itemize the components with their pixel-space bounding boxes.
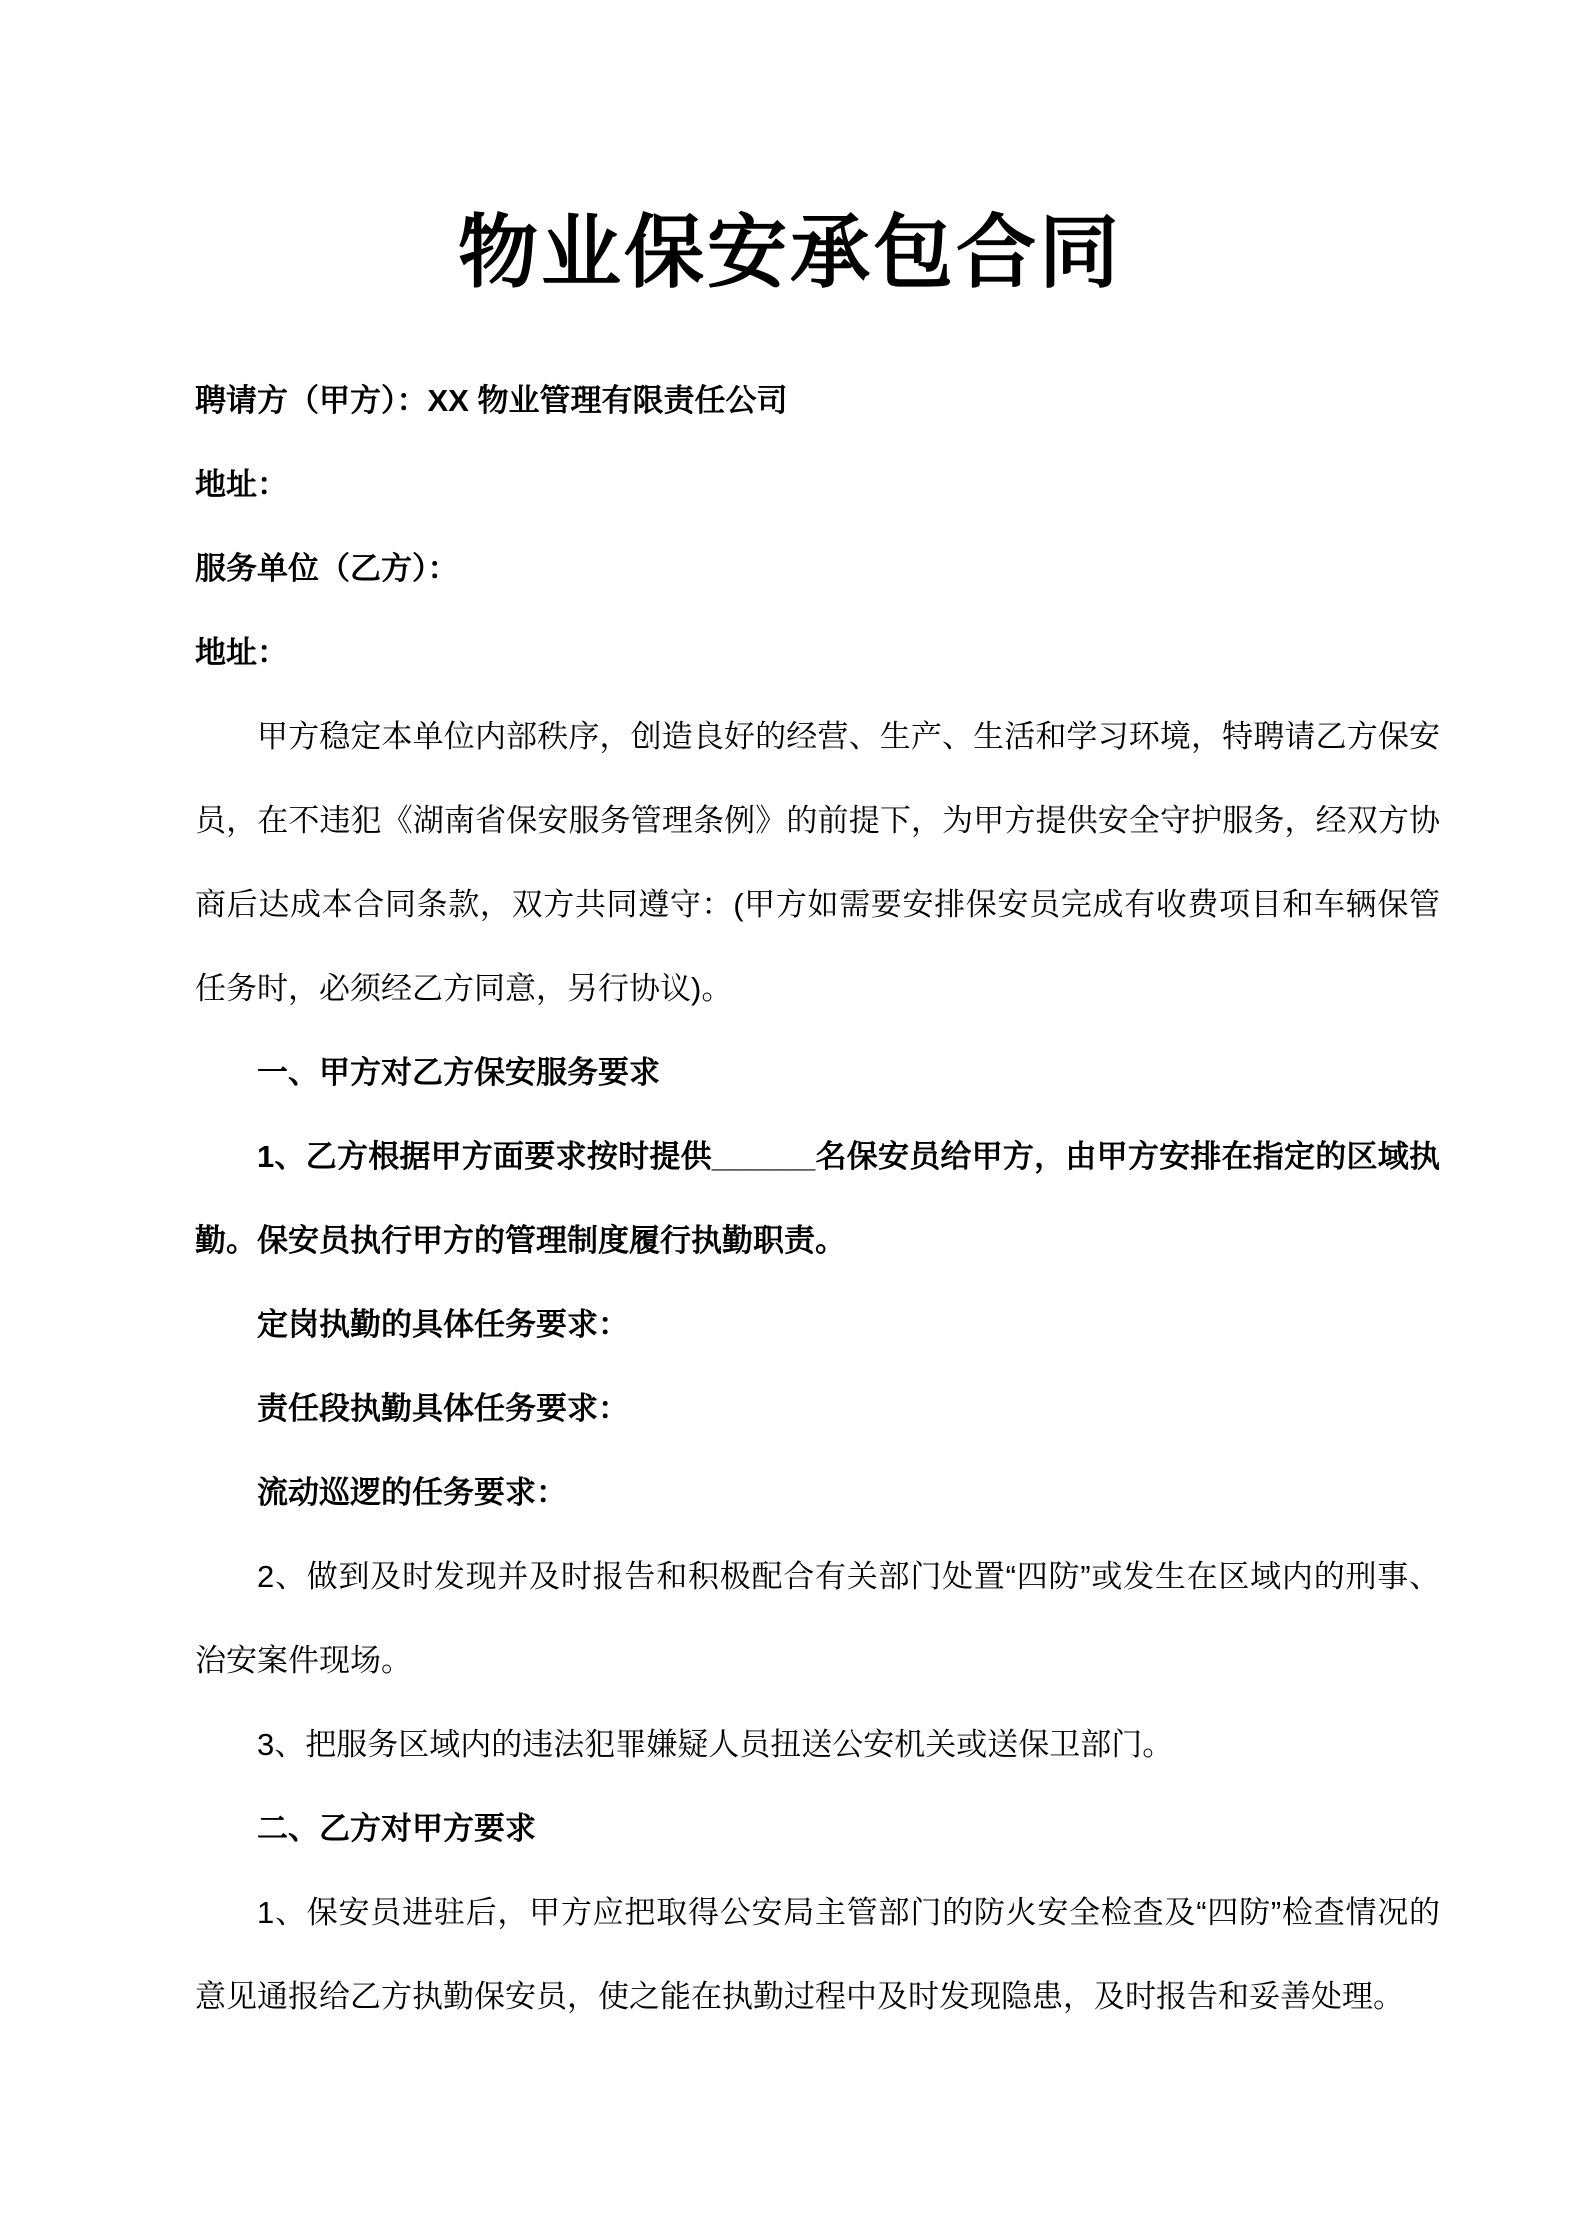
- document-page: 物业保安承包合同 聘请方（甲方）：XX 物业管理有限责任公司地址：服务单位（乙方…: [0, 0, 1580, 2236]
- paragraph: 2、做到及时发现并及时报告和积极配合有关部门处置“四防”或发生在区域内的刑事、治…: [195, 1535, 1440, 1703]
- paragraph: 一、甲方对乙方保安服务要求: [195, 1031, 1440, 1115]
- paragraph: 流动巡逻的任务要求：: [195, 1451, 1440, 1535]
- paragraph: 责任段执勤具体任务要求：: [195, 1367, 1440, 1451]
- paragraph: 3、把服务区域内的违法犯罪嫌疑人员扭送公安机关或送保卫部门。: [195, 1703, 1440, 1787]
- paragraph: 地址：: [195, 443, 1440, 527]
- paragraph: 二、乙方对甲方要求: [195, 1787, 1440, 1871]
- paragraph: 服务单位（乙方）：: [195, 527, 1440, 611]
- paragraph: 1、乙方根据甲方面要求按时提供______名保安员给甲方，由甲方安排在指定的区域…: [195, 1115, 1440, 1283]
- paragraph: 聘请方（甲方）：XX 物业管理有限责任公司: [195, 359, 1440, 443]
- document-body: 聘请方（甲方）：XX 物业管理有限责任公司地址：服务单位（乙方）：地址：甲方稳定…: [195, 359, 1440, 2039]
- paragraph: 地址：: [195, 611, 1440, 695]
- document-title: 物业保安承包合同: [0, 0, 1580, 301]
- paragraph: 1、保安员进驻后，甲方应把取得公安局主管部门的防火安全检查及“四防”检查情况的意…: [195, 1871, 1440, 2039]
- paragraph: 定岗执勤的具体任务要求：: [195, 1283, 1440, 1367]
- paragraph: 甲方稳定本单位内部秩序，创造良好的经营、生产、生活和学习环境，特聘请乙方保安员，…: [195, 695, 1440, 1031]
